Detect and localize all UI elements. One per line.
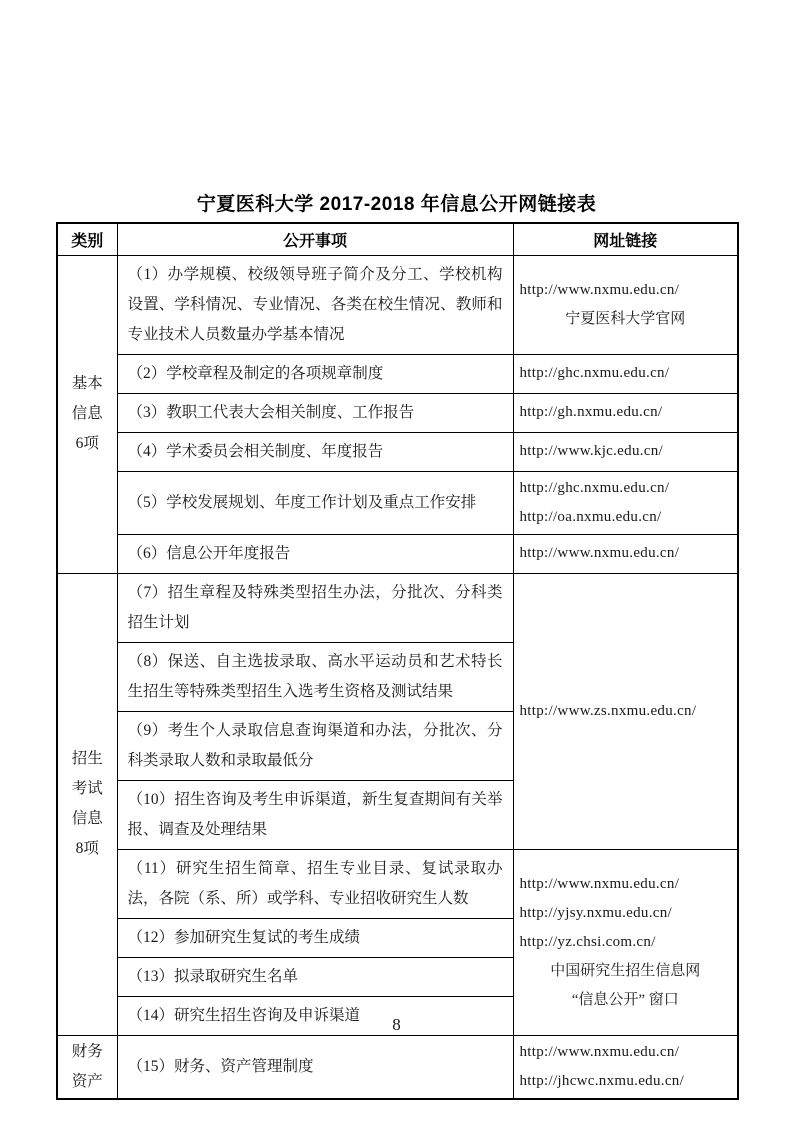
table-row: （3）教职工代表大会相关制度、工作报告 http://gh.nxmu.edu.c… xyxy=(57,393,738,432)
url-text: http://www.kjc.edu.cn/ xyxy=(520,437,732,466)
link-cell-15: http://www.nxmu.edu.cn/ http://jhcwc.nxm… xyxy=(513,1035,738,1099)
link-cell-3: http://gh.nxmu.edu.cn/ xyxy=(513,393,738,432)
link-note: “信息公开” 窗口 xyxy=(520,986,732,1015)
item-11: （11）研究生招生简章、招生专业目录、复试录取办法，各院（系、所）或学科、专业招… xyxy=(117,849,513,918)
link-cell-rows11-14: http://www.nxmu.edu.cn/ http://yjsy.nxmu… xyxy=(513,849,738,1035)
table-row: 财务 资产 （15）财务、资产管理制度 http://www.nxmu.edu.… xyxy=(57,1035,738,1099)
link-cell-rows7-10: http://www.zs.nxmu.edu.cn/ xyxy=(513,573,738,849)
url-text: http://ghc.nxmu.edu.cn/ xyxy=(520,474,732,503)
header-link: 网址链接 xyxy=(513,223,738,255)
item-2: （2）学校章程及制定的各项规章制度 xyxy=(117,354,513,393)
link-cell-6: http://www.nxmu.edu.cn/ xyxy=(513,534,738,573)
url-text: http://ghc.nxmu.edu.cn/ xyxy=(520,359,732,388)
url-text: http://yz.chsi.com.cn/ xyxy=(520,928,732,957)
category-line: 信息 xyxy=(58,804,117,834)
table-row: （11）研究生招生简章、招生专业目录、复试录取办法，各院（系、所）或学科、专业招… xyxy=(57,849,738,918)
link-cell-5: http://ghc.nxmu.edu.cn/ http://oa.nxmu.e… xyxy=(513,471,738,534)
header-item: 公开事项 xyxy=(117,223,513,255)
link-note: 中国研究生招生信息网 xyxy=(520,957,732,986)
category-line: 招生 xyxy=(58,744,117,774)
link-cell-2: http://ghc.nxmu.edu.cn/ xyxy=(513,354,738,393)
category-line: 财务 xyxy=(58,1037,117,1067)
url-text: http://www.zs.nxmu.edu.cn/ xyxy=(520,697,732,726)
item-8: （8）保送、自主选拔录取、高水平运动员和艺术特长生招生等特殊类型招生入选考生资格… xyxy=(117,642,513,711)
url-text: http://www.nxmu.edu.cn/ xyxy=(520,539,732,568)
table-row: （4）学术委员会相关制度、年度报告 http://www.kjc.edu.cn/ xyxy=(57,432,738,471)
url-text: http://jhcwc.nxmu.edu.cn/ xyxy=(520,1067,732,1096)
item-6: （6）信息公开年度报告 xyxy=(117,534,513,573)
table-row: （6）信息公开年度报告 http://www.nxmu.edu.cn/ xyxy=(57,534,738,573)
category-line: 6项 xyxy=(58,429,117,459)
table-row: （5）学校发展规划、年度工作计划及重点工作安排 http://ghc.nxmu.… xyxy=(57,471,738,534)
category-line: 资产 xyxy=(58,1067,117,1097)
category-line: 8项 xyxy=(58,834,117,864)
item-9: （9）考生个人录取信息查询渠道和办法，分批次、分科类录取人数和录取最低分 xyxy=(117,711,513,780)
link-note: 宁夏医科大学官网 xyxy=(520,305,732,334)
info-disclosure-links-table: 类别 公开事项 网址链接 基本 信息 6项 （1）办学规模、校级领导班子简介及分… xyxy=(56,222,739,1100)
category-admissions-exam-info: 招生 考试 信息 8项 xyxy=(57,573,117,1035)
table-row: （2）学校章程及制定的各项规章制度 http://ghc.nxmu.edu.cn… xyxy=(57,354,738,393)
url-text: http://yjsy.nxmu.edu.cn/ xyxy=(520,899,732,928)
item-12: （12）参加研究生复试的考生成绩 xyxy=(117,918,513,957)
link-cell-4: http://www.kjc.edu.cn/ xyxy=(513,432,738,471)
item-7: （7）招生章程及特殊类型招生办法，分批次、分科类招生计划 xyxy=(117,573,513,642)
item-4: （4）学术委员会相关制度、年度报告 xyxy=(117,432,513,471)
item-3: （3）教职工代表大会相关制度、工作报告 xyxy=(117,393,513,432)
table-header-row: 类别 公开事项 网址链接 xyxy=(57,223,738,255)
url-text: http://oa.nxmu.edu.cn/ xyxy=(520,503,732,532)
url-text: http://gh.nxmu.edu.cn/ xyxy=(520,398,732,427)
category-finance-assets: 财务 资产 xyxy=(57,1035,117,1099)
header-category: 类别 xyxy=(57,223,117,255)
item-10: （10）招生咨询及考生申诉渠道，新生复查期间有关举报、调查及处理结果 xyxy=(117,780,513,849)
url-text: http://www.nxmu.edu.cn/ xyxy=(520,870,732,899)
url-text: http://www.nxmu.edu.cn/ xyxy=(520,1038,732,1067)
page-title: 宁夏医科大学 2017-2018 年信息公开网链接表 xyxy=(0,0,793,216)
item-13: （13）拟录取研究生名单 xyxy=(117,957,513,996)
table-row: 基本 信息 6项 （1）办学规模、校级领导班子简介及分工、学校机构设置、学科情况… xyxy=(57,255,738,354)
category-line: 信息 xyxy=(58,399,117,429)
category-line: 基本 xyxy=(58,369,117,399)
category-line: 考试 xyxy=(58,774,117,804)
item-15: （15）财务、资产管理制度 xyxy=(117,1035,513,1099)
table-row: 招生 考试 信息 8项 （7）招生章程及特殊类型招生办法，分批次、分科类招生计划… xyxy=(57,573,738,642)
item-1: （1）办学规模、校级领导班子简介及分工、学校机构设置、学科情况、专业情况、各类在… xyxy=(117,255,513,354)
document-page: 宁夏医科大学 2017-2018 年信息公开网链接表 类别 公开事项 网址链接 … xyxy=(0,0,793,1122)
link-cell-1: http://www.nxmu.edu.cn/ 宁夏医科大学官网 xyxy=(513,255,738,354)
category-basic-info: 基本 信息 6项 xyxy=(57,255,117,573)
url-text: http://www.nxmu.edu.cn/ xyxy=(520,276,732,305)
item-5: （5）学校发展规划、年度工作计划及重点工作安排 xyxy=(117,471,513,534)
page-number: 8 xyxy=(0,1015,793,1035)
